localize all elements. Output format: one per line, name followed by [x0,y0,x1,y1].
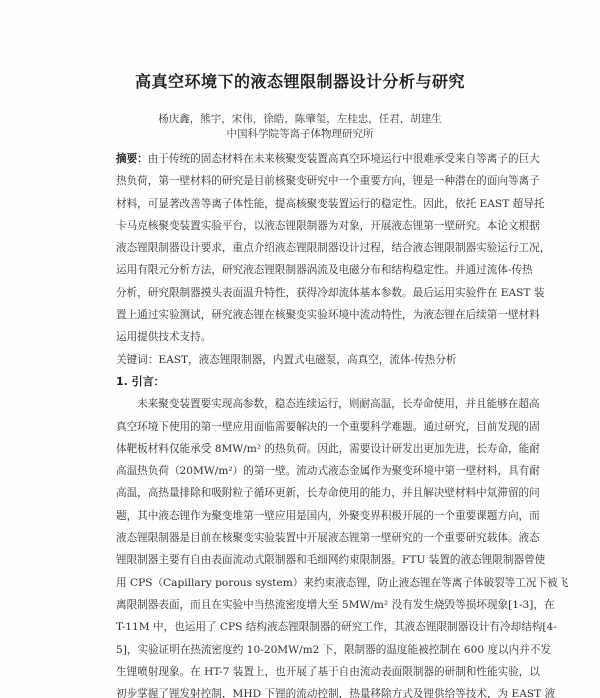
paragraph-line: 未来聚变装置要实现高参数，稳态连续运行，则耐高温，长寿命使用，并且能够在超高 [116,393,488,415]
abstract-line: 摘要：由于传统的固态材料在未来核聚变装置高真空环境运行中很难承受来自等离子的巨大 [116,148,488,170]
paragraph-line: 题，其中液态锂作为聚变堆第一壁应用是国内，外聚变界积极开展的一个重要课题方向，而 [116,505,488,527]
abstract-label: 摘要： [116,153,148,165]
paper-body: 摘要：由于传统的固态材料在未来核聚变装置高真空环境运行中很难承受来自等离子的巨大… [116,148,488,698]
affiliation: 中国科学院等离子体物理研究所 [0,126,600,141]
paragraph-line: 离限制器表面，而且在实验中当热流密度增大至 5MW/m² 没有发生烧毁等损坏现象… [116,594,488,616]
paragraph-line: 用 CPS（Capillary porous system）来约束液态锂，防止液… [116,572,488,594]
abstract-line: 液态锂限制器设计要求，重点介绍液态锂限制器设计过程，结合液态锂限制器实验运行工况… [116,237,488,259]
paper-title: 高真空环境下的液态锂限制器设计分析与研究 [0,69,600,92]
paragraph-line: 生锂喷射现象。在 HT-7 装置上，也开展了基于自由流动表面限制器的研制和性能实… [116,661,488,683]
author-list: 杨庆鑫，熊宇，宋伟，徐皓，陈肇玺，左桂忠，任君，胡建生 [0,111,600,126]
abstract: 摘要：由于传统的固态材料在未来核聚变装置高真空环境运行中很难承受来自等离子的巨大… [116,148,488,349]
keywords: 关键词：EAST，液态锂限制器，内置式电磁泵，高真空，流体-传热分析 [116,349,488,371]
abstract-line: 材料，可显著改善等离子体性能，提高核聚变装置运行的稳定性。因此，依托 EAST … [116,193,488,215]
abstract-line: 运用有限元分析方法，研究液态锂限制器涡流及电磁分布和结构稳定性。并通过流体-传热 [116,259,488,281]
paragraph-line: 5]，实验证明在热流密度约 10-20MW/m2 下，限制器的温度能被控制在 6… [116,639,488,661]
section-body: 未来聚变装置要实现高参数，稳态连续运行，则耐高温，长寿命使用，并且能够在超高 真… [116,393,488,698]
abstract-line: 运用提供技术支持。 [116,326,488,348]
paragraph-line: 液态锂限制器是目前在核聚变实验装置中开展液态锂第一壁研究的一个重要研究载体。液态 [116,527,488,549]
abstract-line: 卡马克核聚变装置实验平台，以液态锂限制器为对象，开展液态锂第一壁研究。本论文根据 [116,215,488,237]
paragraph-line: 体靶板材料仅能承受 8MW/m² 的热负荷。因此，需要设计研发出更加先进，长寿命… [116,438,488,460]
paragraph-line: 高温，高热量排除和吸附粒子循环更新，长寿命使用的能力，并且解决壁材料中氚滞留的问 [116,482,488,504]
abstract-line: 热负荷，第一壁材料的研究是目前核聚变研究中一个重要方向，锂是一种潜在的面向等离子 [116,170,488,192]
document-page: 高真空环境下的液态锂限制器设计分析与研究 杨庆鑫，熊宇，宋伟，徐皓，陈肇玺，左桂… [0,0,600,698]
paragraph-line: 初步掌握了锂发射控制，MHD 下锂的流动控制，热量移除方式及锂供给等技术，为 E… [116,683,488,698]
abstract-line: 置上通过实验测试，研究液态锂在核聚变实验环境中流动特性，为液态锂在后续第一壁材料 [116,304,488,326]
abstract-line: 分析，研究限制器摸头表面温升特性，获得冷却流体基本参数。最后运用实验件在 EAS… [116,282,488,304]
paragraph-line: 真空环境下使用的第一壁应用面临需要解决的一个重要科学难题。通过研究，目前发现的固 [116,416,488,438]
paragraph-line: T-11M 中，也运用了 CPS 结构液态锂限制器的研究工作，其液态锂限制器设计… [116,616,488,638]
section-heading: 1. 引言： [116,371,488,393]
paragraph-line: 锂限制器主要有自由表面流动式限制器和毛细网约束限制器。FTU 装置的液态锂限制器… [116,549,488,571]
paragraph-line: 高温热负荷（20MW/m²）的第一壁。流动式液态金属作为聚变环境中第一壁材料，具… [116,460,488,482]
